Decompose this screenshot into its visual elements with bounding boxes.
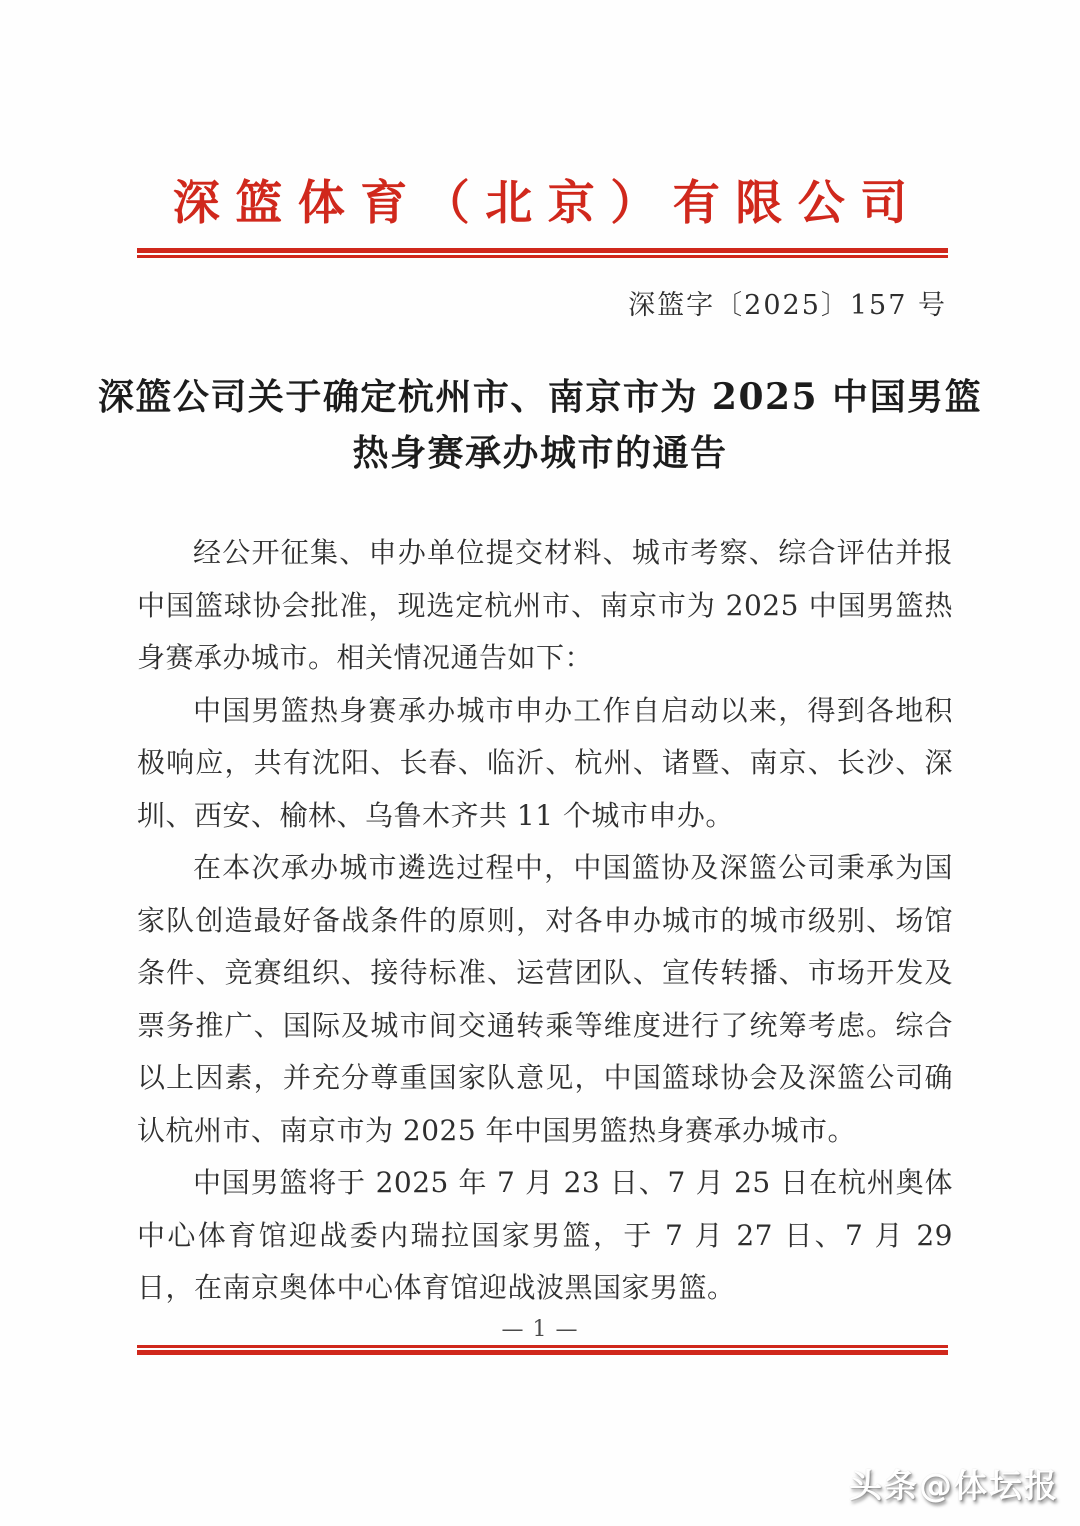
body-paragraph-4: 中国男篮将于 2025 年 7 月 23 日、7 月 25 日在杭州奥体中心体育… — [137, 1157, 953, 1315]
document-reference-number: 深篮字〔2025〕157 号 — [628, 283, 947, 322]
divider-bar-bottom — [137, 255, 948, 258]
divider-bar-bottom — [137, 1350, 948, 1355]
footer-divider — [137, 1345, 948, 1355]
document-body: 经公开征集、申办单位提交材料、城市考察、综合评估并报中国篮球协会批准，现选定杭州… — [137, 527, 953, 1315]
letterhead-company-name: 深篮体育（北京）有限公司 — [0, 166, 1080, 233]
document-title: 深篮公司关于确定杭州市、南京市为 2025 中国男篮 热身赛承办城市的通告 — [0, 369, 1080, 481]
toutiao-watermark: 头条@体坛报 — [849, 1460, 1059, 1507]
document-title-line-2: 热身赛承办城市的通告 — [0, 425, 1080, 481]
body-paragraph-3: 在本次承办城市遴选过程中，中国篮协及深篮公司秉承为国家队创造最好备战条件的原则，… — [137, 842, 953, 1157]
official-document-page: 深篮体育（北京）有限公司 深篮字〔2025〕157 号 深篮公司关于确定杭州市、… — [0, 0, 1080, 1526]
body-paragraph-1: 经公开征集、申办单位提交材料、城市考察、综合评估并报中国篮球协会批准，现选定杭州… — [137, 527, 953, 685]
letterhead-divider — [137, 248, 948, 258]
body-paragraph-2: 中国男篮热身赛承办城市申办工作自启动以来，得到各地积极响应，共有沈阳、长春、临沂… — [137, 685, 953, 843]
document-title-line-1: 深篮公司关于确定杭州市、南京市为 2025 中国男篮 — [0, 369, 1080, 425]
page-number: — 1 — — [0, 1317, 1080, 1342]
